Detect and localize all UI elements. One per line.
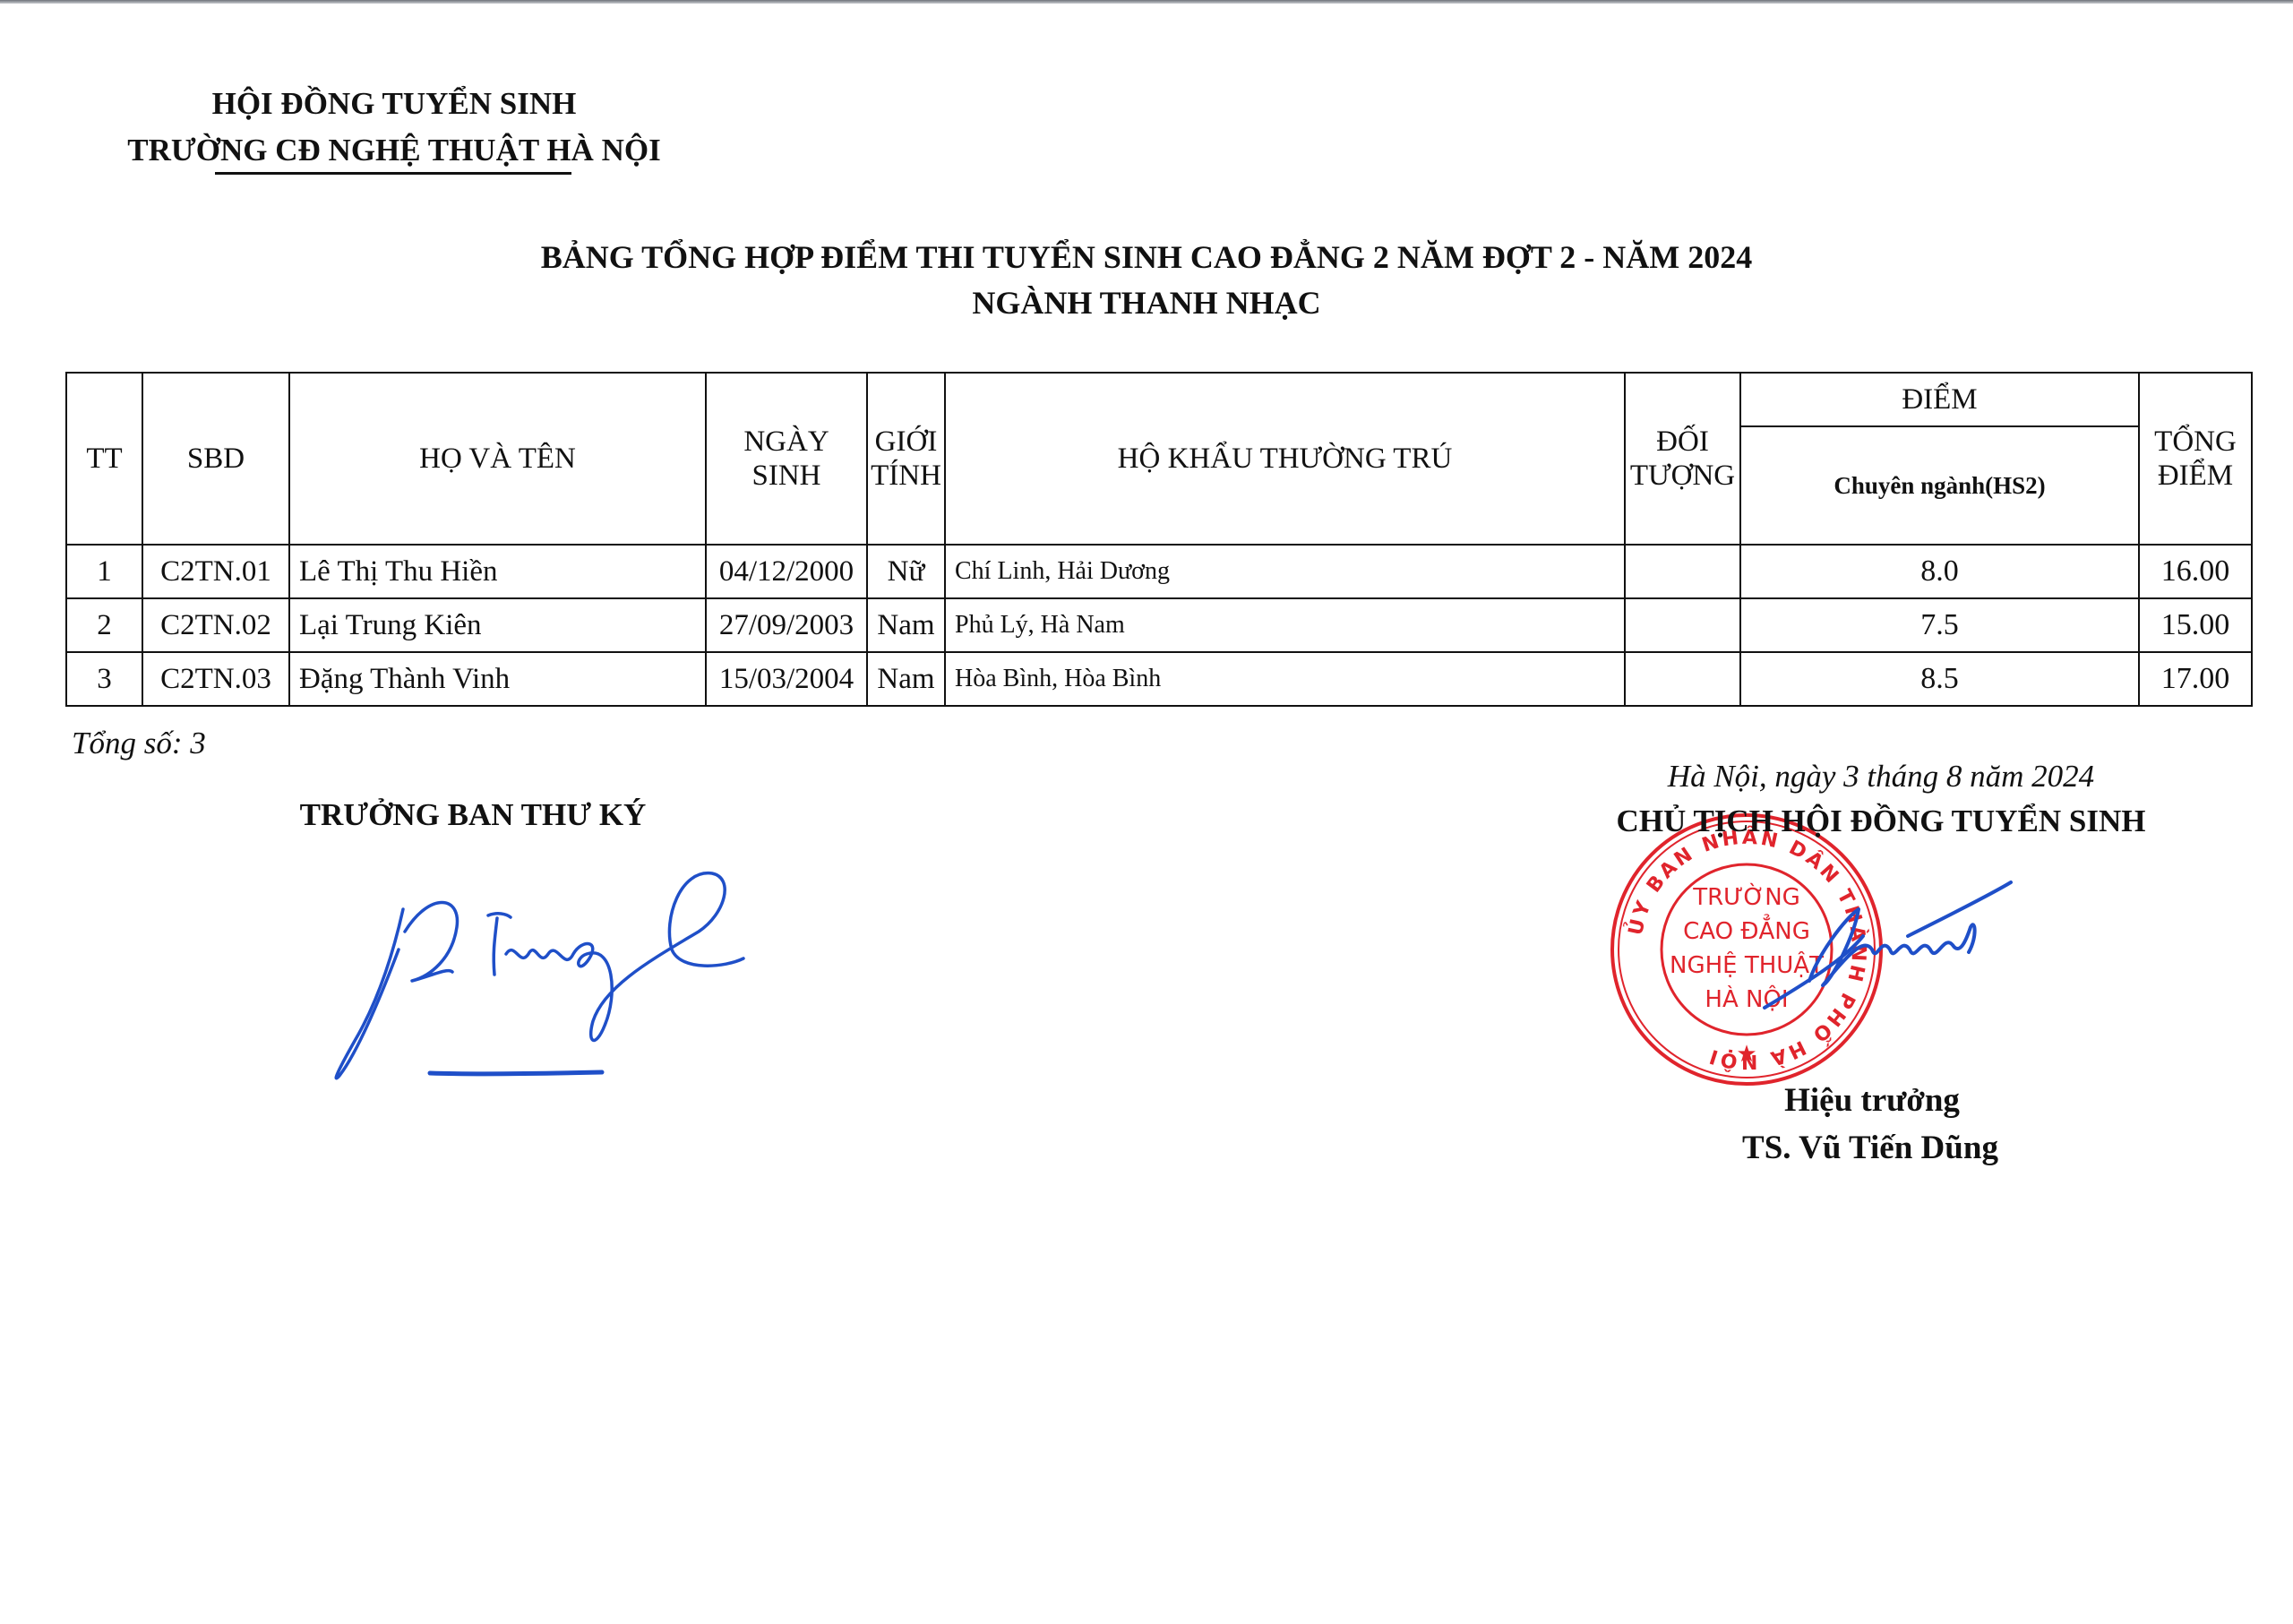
col-header-priority: ĐỐI TƯỢNG: [1625, 373, 1740, 545]
cell-score-major: 7.5: [1740, 598, 2139, 652]
col-header-name: HỌ VÀ TÊN: [289, 373, 706, 545]
table-row: 2 C2TN.02 Lại Trung Kiên 27/09/2003 Nam …: [66, 598, 2252, 652]
col-header-dob-line1: NGÀY: [707, 425, 866, 459]
cell-gender: Nam: [867, 652, 945, 706]
scan-edge: [0, 0, 2293, 4]
table-row: 3 C2TN.03 Đặng Thành Vinh 15/03/2004 Nam…: [66, 652, 2252, 706]
org-line-2: TRƯỜNG CĐ NGHỆ THUẬT HÀ NỘI: [127, 133, 660, 168]
secretary-title: TRƯỞNG BAN THƯ KÝ: [300, 797, 647, 833]
cell-sbd: C2TN.03: [142, 652, 289, 706]
cell-total: 17.00: [2139, 652, 2252, 706]
cell-gender: Nữ: [867, 545, 945, 598]
secretary-signature: [305, 842, 788, 1093]
cell-name: Lê Thị Thu Hiền: [289, 545, 706, 598]
cell-address: Phủ Lý, Hà Nam: [945, 598, 1625, 652]
col-header-tt: TT: [66, 373, 142, 545]
cell-dob: 15/03/2004: [706, 652, 867, 706]
cell-tt: 2: [66, 598, 142, 652]
cell-tt: 1: [66, 545, 142, 598]
org-line-1: HỘI ĐỒNG TUYỂN SINH: [212, 86, 577, 122]
col-header-address: HỘ KHẨU THƯỜNG TRÚ: [945, 373, 1625, 545]
cell-priority: [1625, 598, 1740, 652]
cell-tt: 3: [66, 652, 142, 706]
table-row: 1 C2TN.01 Lê Thị Thu Hiền 04/12/2000 Nữ …: [66, 545, 2252, 598]
cell-priority: [1625, 652, 1740, 706]
col-header-gender-line1: GIỚI: [868, 425, 944, 459]
principal-role: Hiệu trưởng: [1784, 1081, 1960, 1120]
total-count: Tổng số: 3: [72, 726, 206, 761]
col-header-total: TỔNG ĐIỂM: [2139, 373, 2252, 545]
cell-name: Lại Trung Kiên: [289, 598, 706, 652]
col-header-gender-line2: TÍNH: [868, 459, 944, 493]
col-header-dob-line2: SINH: [707, 459, 866, 493]
svg-text:★: ★: [1736, 1041, 1756, 1068]
col-header-priority-line2: TƯỢNG: [1626, 459, 1739, 493]
document-title: BẢNG TỔNG HỢP ĐIỂM THI TUYỂN SINH CAO ĐẲ…: [541, 238, 1752, 276]
col-header-gender: GIỚI TÍNH: [867, 373, 945, 545]
score-table: TT SBD HỌ VÀ TÊN NGÀY SINH GIỚI TÍNH HỘ …: [65, 372, 2253, 707]
col-header-score-major: Chuyên ngành(HS2): [1740, 426, 2139, 545]
col-header-sbd: SBD: [142, 373, 289, 545]
cell-address: Hòa Bình, Hòa Bình: [945, 652, 1625, 706]
cell-priority: [1625, 545, 1740, 598]
cell-total: 15.00: [2139, 598, 2252, 652]
principal-name: TS. Vũ Tiến Dũng: [1742, 1129, 1998, 1167]
cell-score-major: 8.0: [1740, 545, 2139, 598]
col-header-total-line1: TỔNG: [2140, 425, 2251, 459]
cell-gender: Nam: [867, 598, 945, 652]
document-subtitle: NGÀNH THANH NHẠC: [972, 284, 1320, 322]
chair-title: CHỦ TỊCH HỘI ĐỒNG TUYỂN SINH: [1617, 803, 2146, 839]
principal-signature: [1747, 873, 2015, 1026]
cell-total: 16.00: [2139, 545, 2252, 598]
place-date: Hà Nội, ngày 3 tháng 8 năm 2024: [1668, 759, 2094, 795]
cell-name: Đặng Thành Vinh: [289, 652, 706, 706]
col-header-dob: NGÀY SINH: [706, 373, 867, 545]
col-header-score-group: ĐIỂM: [1740, 373, 2139, 426]
cell-address: Chí Linh, Hải Dương: [945, 545, 1625, 598]
cell-dob: 04/12/2000: [706, 545, 867, 598]
org-underline: [215, 172, 571, 175]
cell-sbd: C2TN.02: [142, 598, 289, 652]
cell-sbd: C2TN.01: [142, 545, 289, 598]
cell-score-major: 8.5: [1740, 652, 2139, 706]
cell-dob: 27/09/2003: [706, 598, 867, 652]
col-header-total-line2: ĐIỂM: [2140, 459, 2251, 493]
col-header-priority-line1: ĐỐI: [1626, 425, 1739, 459]
